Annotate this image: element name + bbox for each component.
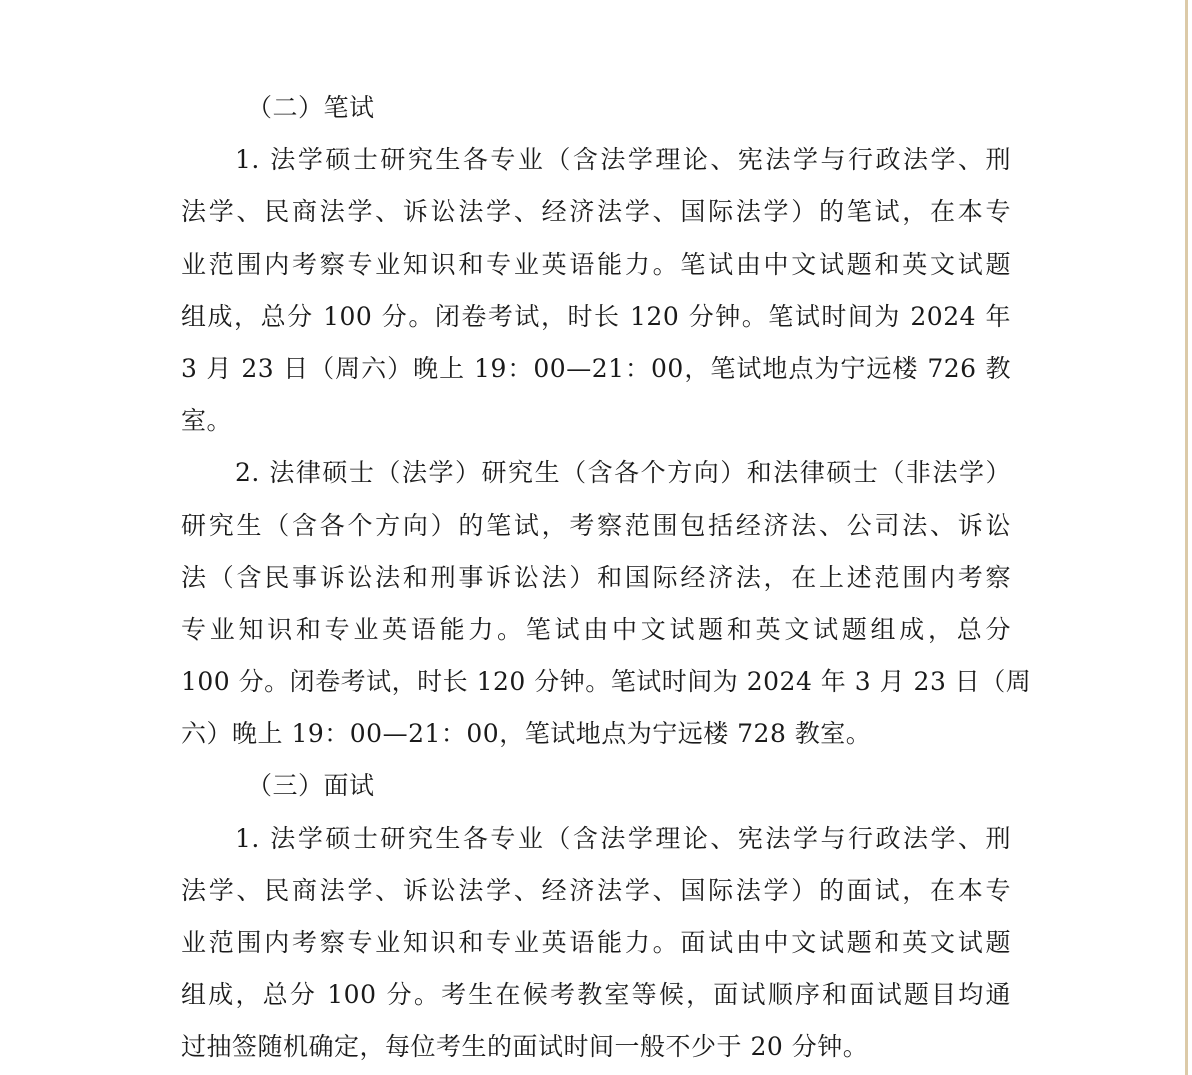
paragraph-line: 室。	[181, 395, 1011, 447]
paragraph-line: 法学、民商法学、诉讼法学、经济法学、国际法学）的面试，在本专	[181, 865, 1011, 917]
paragraph-line: 研究生（含各个方向）的笔试，考察范围包括经济法、公司法、诉讼	[181, 500, 1011, 552]
paragraph-line: 1. 法学硕士研究生各专业（含法学理论、宪法学与行政法学、刑	[181, 813, 1011, 865]
paragraph-line: 专业知识和专业英语能力。笔试由中文试题和英文试题组成，总分	[181, 604, 1011, 656]
paragraph-line: 3 月 23 日（周六）晚上 19：00—21：00，笔试地点为宁远楼 726 …	[181, 343, 1011, 395]
section-heading-interview: （三）面试	[181, 760, 1011, 812]
paragraph-line: 1. 法学硕士研究生各专业（含法学理论、宪法学与行政法学、刑	[181, 134, 1011, 186]
paragraph-line: 过抽签随机确定，每位考生的面试时间一般不少于 20 分钟。	[181, 1021, 1011, 1073]
paragraph-written-exam-academic: 1. 法学硕士研究生各专业（含法学理论、宪法学与行政法学、刑 法学、民商法学、诉…	[181, 134, 1011, 447]
paragraph-line: 组成，总分 100 分。闭卷考试，时长 120 分钟。笔试时间为 2024 年	[181, 291, 1011, 343]
document-page: （二）笔试 1. 法学硕士研究生各专业（含法学理论、宪法学与行政法学、刑 法学、…	[181, 82, 1011, 1074]
paragraph-line: 组成，总分 100 分。考生在候考教室等候，面试顺序和面试题目均通	[181, 969, 1011, 1021]
paragraph-interview-academic: 1. 法学硕士研究生各专业（含法学理论、宪法学与行政法学、刑 法学、民商法学、诉…	[181, 813, 1011, 1074]
paragraph-line: 2. 法律硕士（法学）研究生（含各个方向）和法律硕士（非法学）	[181, 447, 1011, 499]
paragraph-written-exam-jm: 2. 法律硕士（法学）研究生（含各个方向）和法律硕士（非法学） 研究生（含各个方…	[181, 447, 1011, 760]
page-edge-margin	[1188, 0, 1192, 1075]
section-heading-written-exam: （二）笔试	[181, 82, 1011, 134]
paragraph-line: 业范围内考察专业知识和专业英语能力。面试由中文试题和英文试题	[181, 917, 1011, 969]
paragraph-line: 法（含民事诉讼法和刑事诉讼法）和国际经济法，在上述范围内考察	[181, 552, 1011, 604]
paragraph-line: 100 分。闭卷考试，时长 120 分钟。笔试时间为 2024 年 3 月 23…	[181, 656, 1011, 708]
paragraph-line: 法学、民商法学、诉讼法学、经济法学、国际法学）的笔试，在本专	[181, 186, 1011, 238]
paragraph-line: 六）晚上 19：00—21：00，笔试地点为宁远楼 728 教室。	[181, 708, 1011, 760]
paragraph-line: 业范围内考察专业知识和专业英语能力。笔试由中文试题和英文试题	[181, 239, 1011, 291]
